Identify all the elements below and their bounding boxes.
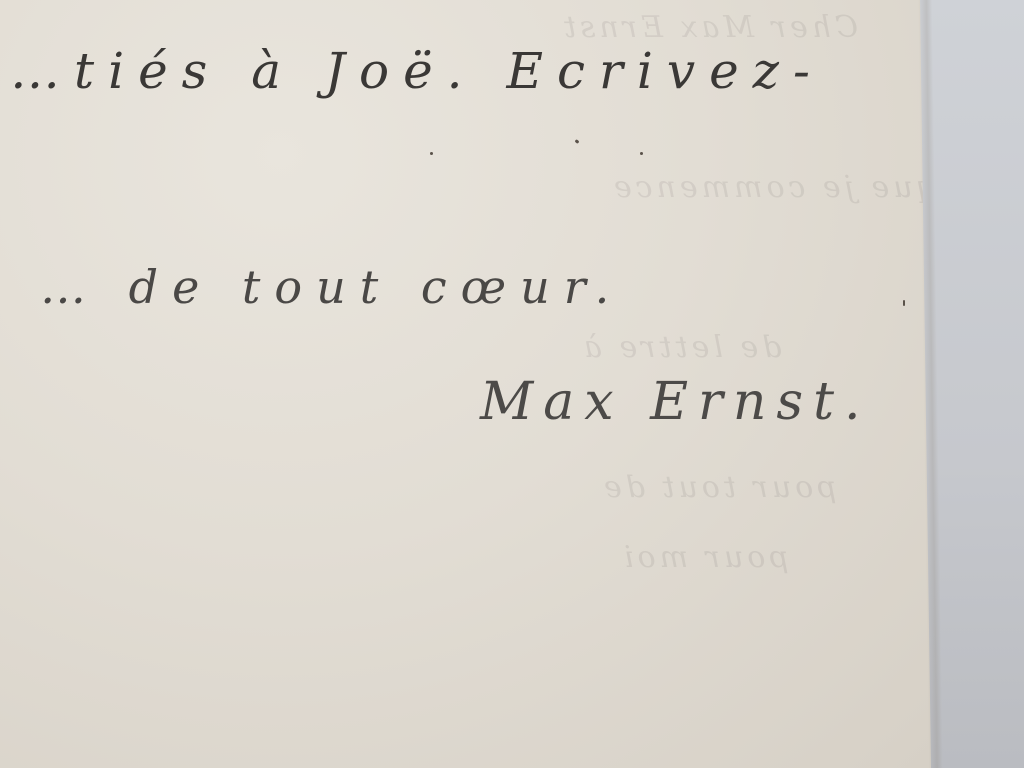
handwritten-line-2: … de tout cœur. (40, 260, 623, 314)
bleed-through-text: que je commence (610, 170, 936, 205)
bleed-through-text: pour tout de (600, 470, 836, 505)
ink-speck (430, 152, 433, 155)
letter-paper: Cher Max Ernst que je commence de lettre… (0, 0, 935, 768)
ink-speck (640, 152, 643, 155)
bleed-through-text: Cher Max Ernst (560, 10, 858, 45)
bleed-through-text: de lettre à (580, 330, 781, 365)
ink-speck (903, 300, 905, 306)
ink-speck (575, 139, 580, 144)
bleed-through-text: pour moi (620, 540, 789, 575)
signature: Max Ernst. (480, 372, 871, 432)
handwritten-line-1: …tiés à Joë. Ecrivez- (10, 42, 824, 100)
